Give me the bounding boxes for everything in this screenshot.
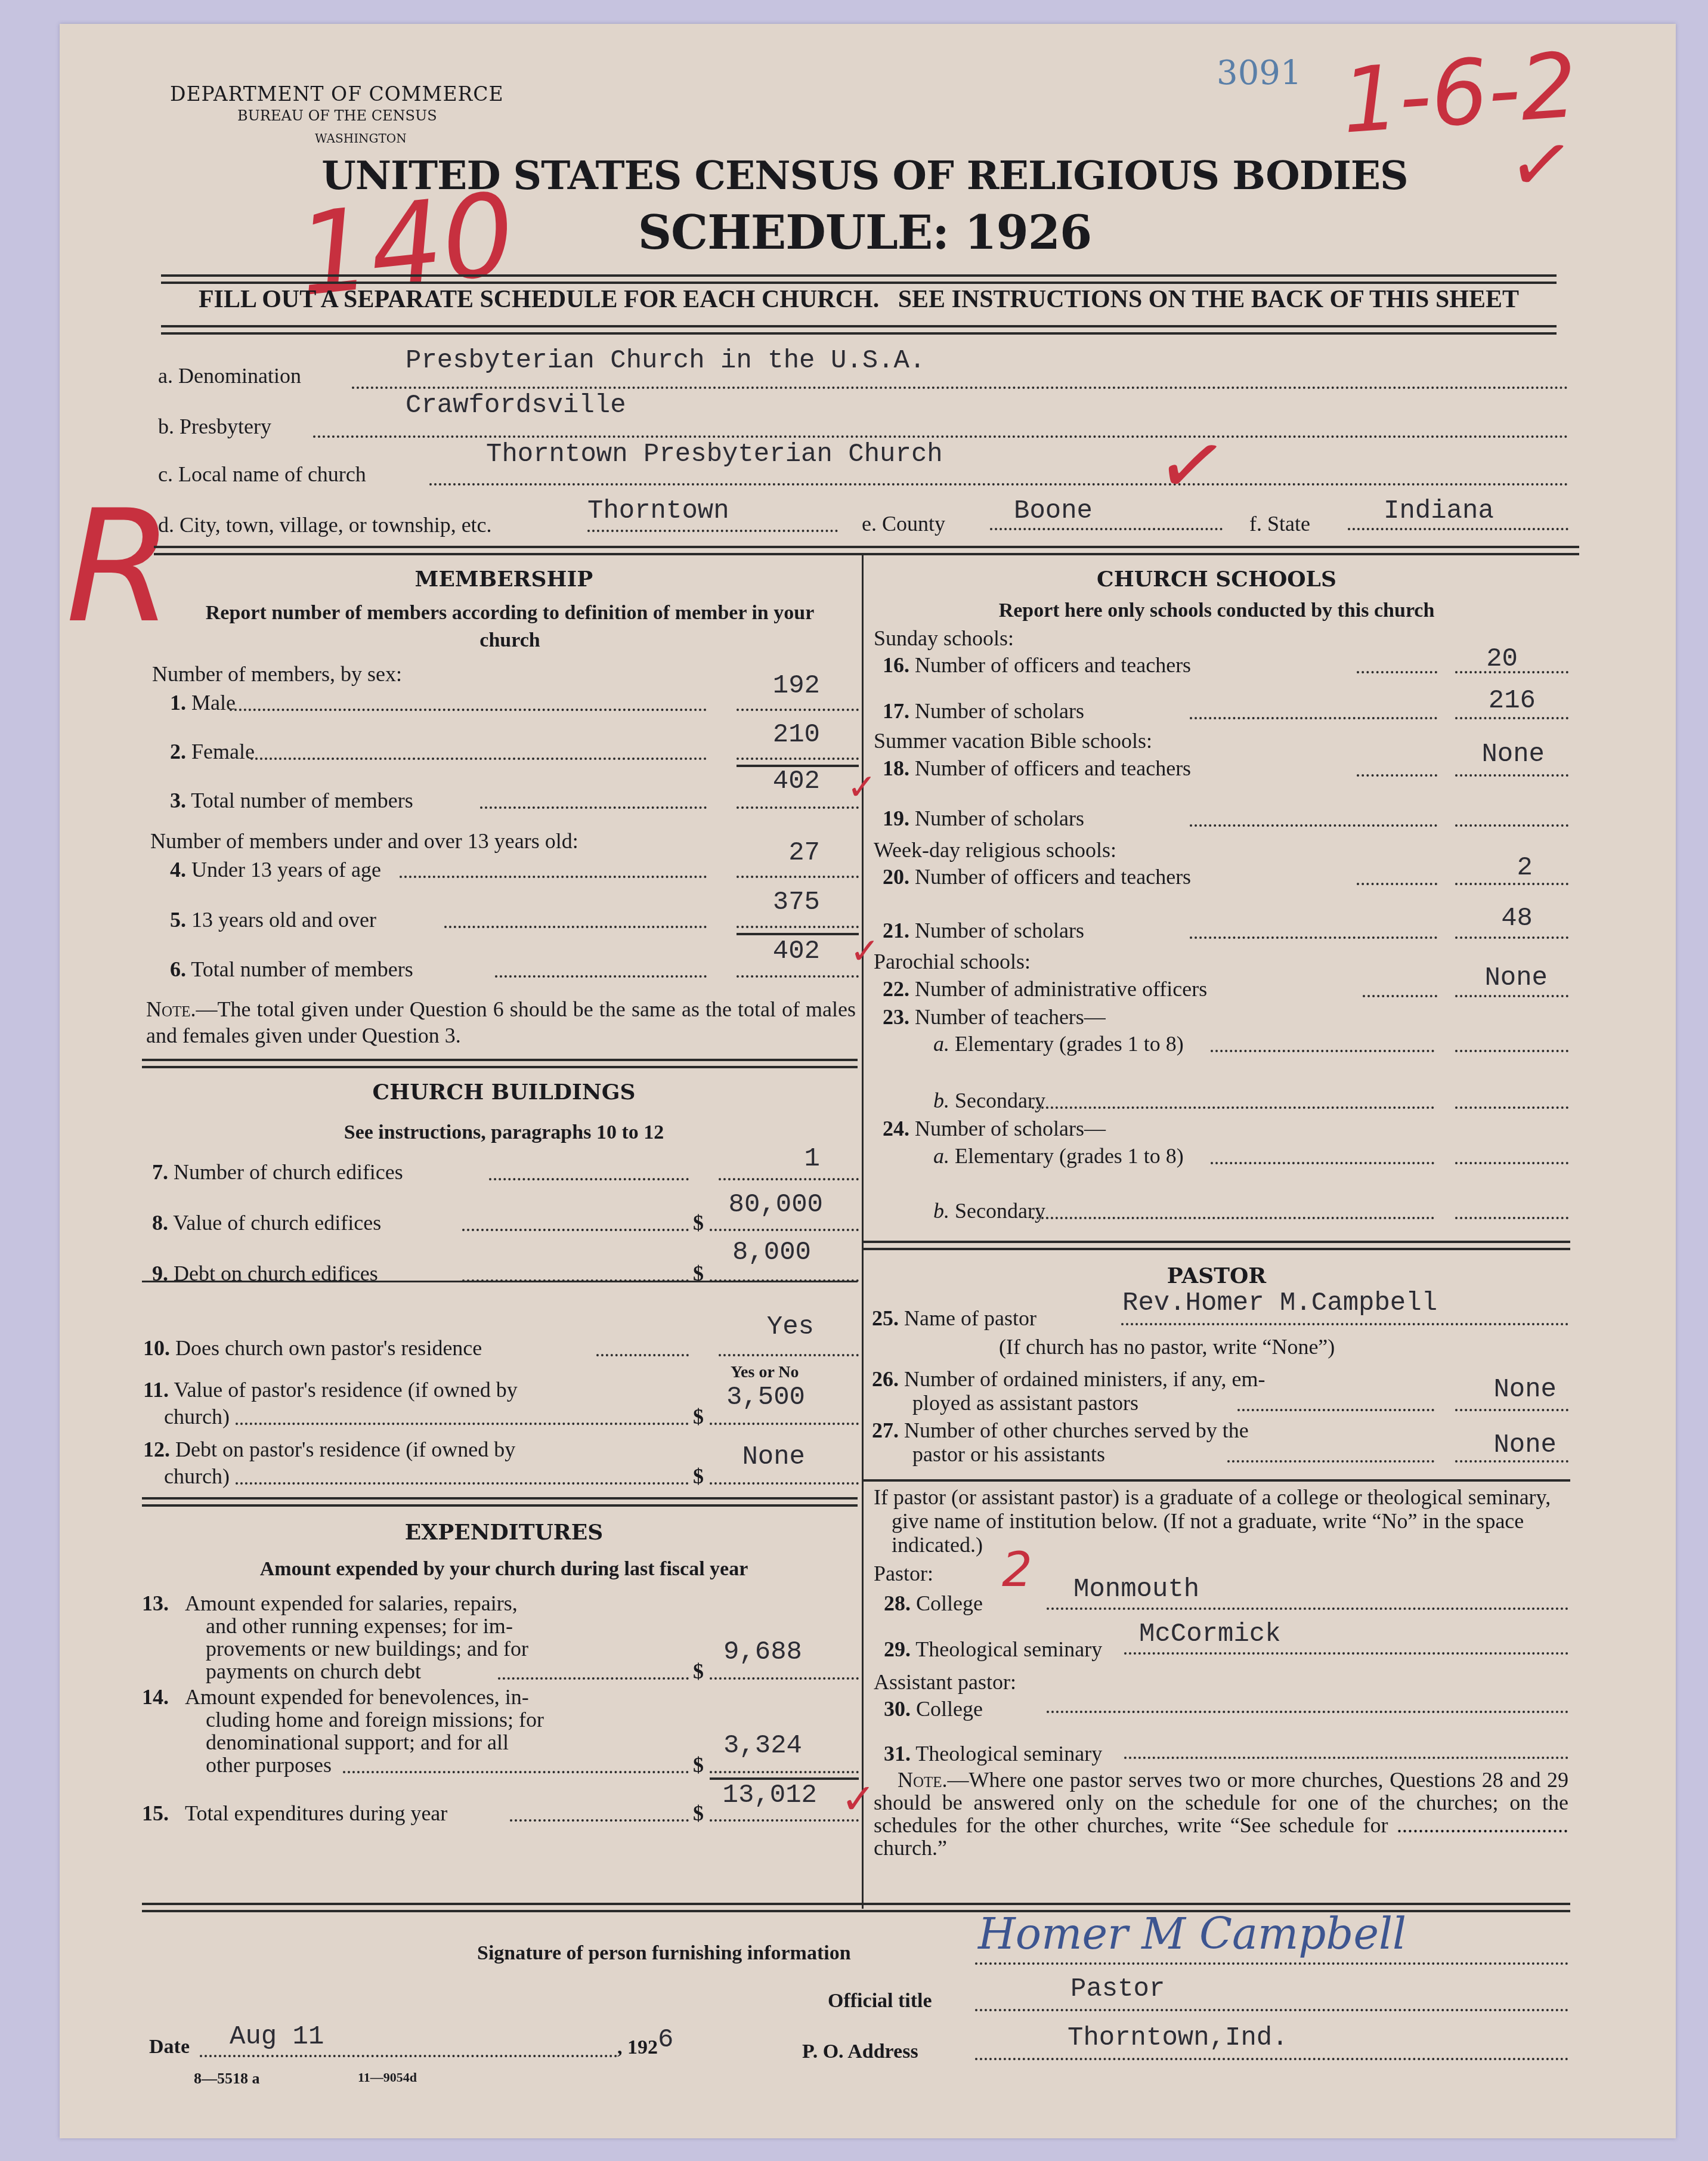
q2-value[interactable]: 210 bbox=[737, 720, 820, 750]
q13-value[interactable]: 9,688 bbox=[710, 1637, 802, 1667]
q14-leader bbox=[343, 1771, 689, 1773]
schools-divider bbox=[864, 1241, 1570, 1250]
q30-line bbox=[1047, 1711, 1568, 1713]
q5-sum-rule bbox=[737, 933, 859, 935]
q17-line bbox=[1455, 717, 1568, 719]
q13-line-2: and other running expenses; for im- bbox=[206, 1614, 513, 1638]
q24b-line bbox=[1455, 1217, 1568, 1219]
stamp-number: 3091 bbox=[1217, 54, 1302, 92]
print-code: 11—9054d bbox=[358, 2070, 417, 2085]
county-label: e. County bbox=[862, 512, 945, 536]
q21-value[interactable]: 48 bbox=[1455, 904, 1533, 933]
q7-num: 7. bbox=[152, 1160, 168, 1184]
q23b-line bbox=[1455, 1106, 1568, 1109]
column-divider bbox=[862, 555, 864, 1909]
q18-line bbox=[1455, 774, 1568, 777]
q20-value[interactable]: 2 bbox=[1455, 853, 1533, 883]
q21-leader bbox=[1190, 936, 1437, 939]
q27-label-2: pastor or his assistants bbox=[912, 1442, 1105, 1466]
q5-line bbox=[737, 926, 859, 928]
q8-num: 8. bbox=[152, 1211, 168, 1235]
membership-divider bbox=[142, 1059, 858, 1068]
q12-num: 12. bbox=[143, 1437, 170, 1461]
year-prefix: , 192 bbox=[617, 2036, 658, 2058]
bureau-label: BUREAU OF THE CENSUS bbox=[237, 107, 437, 124]
q10-label: Does church own pastor's residence bbox=[175, 1336, 482, 1360]
q10-hint: Yes or No bbox=[731, 1363, 799, 1382]
q22-num: 22. bbox=[883, 977, 909, 1001]
q3-num: 3. bbox=[170, 789, 186, 812]
q30-label: College bbox=[916, 1697, 983, 1721]
q7-value[interactable]: 1 bbox=[719, 1144, 820, 1174]
q24-num: 24. bbox=[883, 1117, 909, 1140]
by-sex-label: Number of members, by sex: bbox=[152, 662, 402, 686]
q2-leader bbox=[250, 758, 707, 760]
q18-label: Number of officers and teachers bbox=[915, 756, 1191, 780]
pastor-divider bbox=[864, 1479, 1570, 1482]
q31-line bbox=[1124, 1757, 1568, 1759]
q28-num: 28. bbox=[884, 1591, 911, 1615]
q13-line-3: provements or new buildings; and for bbox=[206, 1637, 528, 1661]
q26-num: 26. bbox=[872, 1367, 899, 1391]
local-name-line bbox=[429, 483, 1568, 486]
presbytery-line bbox=[313, 435, 1568, 438]
summer-schools-label: Summer vacation Bible schools: bbox=[874, 729, 1152, 753]
schools-subheading: Report here only schools conducted by th… bbox=[865, 599, 1568, 622]
q1-num: 1. bbox=[170, 691, 186, 715]
q11-value[interactable]: 3,500 bbox=[710, 1383, 805, 1412]
city-line bbox=[587, 530, 838, 532]
membership-note-prefix: Note. bbox=[146, 997, 196, 1021]
q8-dollar: $ bbox=[693, 1211, 704, 1235]
q12-line bbox=[710, 1482, 859, 1485]
q10-line bbox=[719, 1354, 859, 1356]
q1-value[interactable]: 192 bbox=[737, 671, 820, 701]
q23b-label: Secondary bbox=[955, 1089, 1045, 1112]
q12-dollar: $ bbox=[693, 1464, 704, 1488]
q29-label: Theological seminary bbox=[915, 1637, 1102, 1661]
county-line bbox=[990, 528, 1223, 530]
membership-subheading: Report number of members according to de… bbox=[197, 599, 823, 654]
state-value[interactable]: Indiana bbox=[1384, 496, 1494, 526]
q3-line bbox=[737, 806, 859, 809]
q8-value[interactable]: 80,000 bbox=[710, 1190, 823, 1220]
q2-line bbox=[737, 758, 859, 760]
q2-num: 2. bbox=[170, 740, 186, 763]
q21-line bbox=[1455, 936, 1568, 939]
q14-sum-rule bbox=[710, 1777, 859, 1780]
q11-line bbox=[710, 1423, 859, 1425]
county-value[interactable]: Boone bbox=[1014, 496, 1093, 526]
q17-label: Number of scholars bbox=[915, 699, 1084, 723]
expenditures-heading: EXPENDITURES bbox=[149, 1520, 859, 1545]
q24b-letter: b. bbox=[933, 1199, 949, 1223]
q15-num: 15. bbox=[142, 1801, 169, 1825]
q19-num: 19. bbox=[883, 806, 909, 830]
q12-leader bbox=[236, 1482, 689, 1485]
q18-value[interactable]: None bbox=[1455, 740, 1545, 769]
assistant-education-label: Assistant pastor: bbox=[874, 1670, 1016, 1694]
q28-label: College bbox=[916, 1591, 983, 1615]
q20-leader bbox=[1357, 883, 1437, 885]
red-check-q3: ✓ bbox=[847, 766, 877, 808]
official-title-line bbox=[975, 2009, 1568, 2011]
membership-note: Note.—The total given under Question 6 s… bbox=[146, 996, 856, 1049]
q11-label-2: church) bbox=[164, 1405, 230, 1429]
q24a-label: Elementary (grades 1 to 8) bbox=[955, 1144, 1184, 1168]
q12-value[interactable]: None bbox=[710, 1442, 805, 1472]
pastor-note-text: —Where one pastor serves two or more chu… bbox=[874, 1768, 1568, 1860]
q24a-leader bbox=[1211, 1162, 1434, 1164]
q13-leader bbox=[498, 1677, 689, 1680]
year-suffix[interactable]: 6 bbox=[658, 2025, 673, 2055]
q31-num: 31. bbox=[884, 1742, 911, 1766]
state-line bbox=[1348, 528, 1568, 530]
q14-value[interactable]: 3,324 bbox=[710, 1731, 802, 1761]
red-check-q15: ✓ bbox=[841, 1774, 876, 1823]
q26-leader bbox=[1237, 1409, 1434, 1411]
q8-label: Value of church edifices bbox=[173, 1211, 381, 1235]
q10-num: 10. bbox=[143, 1336, 170, 1360]
pastor-heading: PASTOR bbox=[865, 1263, 1568, 1288]
q20-line bbox=[1455, 883, 1568, 885]
q25-value[interactable]: Rev.Homer M.Campbell bbox=[1122, 1288, 1437, 1318]
weekday-schools-label: Week-day religious schools: bbox=[874, 838, 1116, 862]
q5-label: 13 years old and over bbox=[191, 908, 376, 932]
q24-label: Number of scholars— bbox=[915, 1117, 1106, 1140]
pastor-note-prefix: Note. bbox=[898, 1768, 948, 1792]
q15-line-1: Total expenditures during year bbox=[185, 1801, 447, 1825]
po-address-label: P. O. Address bbox=[802, 2040, 918, 2064]
q13-num: 13. bbox=[142, 1591, 169, 1615]
q15-dollar: $ bbox=[693, 1801, 704, 1825]
q14-value-line bbox=[710, 1771, 859, 1773]
q20-num: 20. bbox=[883, 865, 909, 889]
q22-leader bbox=[1363, 995, 1437, 997]
membership-note-text: —The total given under Question 6 should… bbox=[146, 997, 856, 1047]
q22-value[interactable]: None bbox=[1455, 963, 1548, 993]
po-address-value[interactable]: Thorntown,Ind. bbox=[1067, 2023, 1288, 2053]
official-title-label: Official title bbox=[828, 1989, 932, 2013]
q8-leader bbox=[462, 1229, 689, 1231]
parochial-schools-label: Parochial schools: bbox=[874, 950, 1031, 973]
q23a-line bbox=[1455, 1050, 1568, 1052]
q1-label: Male bbox=[191, 691, 236, 715]
q11-leader bbox=[236, 1423, 689, 1425]
form-number: 8—5518 a bbox=[194, 2070, 260, 2088]
presbytery-label: b. Presbytery bbox=[158, 415, 271, 438]
q23-label: Number of teachers— bbox=[915, 1005, 1106, 1029]
q24b-leader bbox=[1032, 1217, 1434, 1219]
local-name-label: c. Local name of church bbox=[158, 462, 366, 486]
q2-label: Female bbox=[191, 740, 255, 763]
q1-leader bbox=[230, 709, 707, 711]
pastor-education-label: Pastor: bbox=[874, 1562, 933, 1585]
q16-label: Number of officers and teachers bbox=[915, 653, 1191, 677]
q25-label: Name of pastor bbox=[904, 1306, 1036, 1330]
year-label: , 1926 bbox=[617, 2035, 673, 2060]
q29-line bbox=[1124, 1652, 1568, 1655]
state-label: f. State bbox=[1249, 512, 1310, 536]
q4-value[interactable]: 27 bbox=[737, 838, 820, 868]
q14-line-1: Amount expended for benevolences, in- bbox=[185, 1685, 529, 1709]
signature-line bbox=[975, 1962, 1568, 1965]
q28-value[interactable]: Monmouth bbox=[1073, 1575, 1199, 1604]
red-annotation-pastor: 2 bbox=[1002, 1542, 1032, 1597]
q22-line bbox=[1455, 995, 1568, 997]
q5-num: 5. bbox=[170, 908, 186, 932]
signature-label: Signature of person furnishing informati… bbox=[477, 1942, 851, 1965]
buildings-divider bbox=[142, 1281, 858, 1282]
q3-value[interactable]: 402 bbox=[737, 766, 820, 796]
identification-divider bbox=[154, 546, 1579, 555]
buildings-heading: CHURCH BUILDINGS bbox=[149, 1080, 859, 1105]
q17-leader bbox=[1190, 717, 1437, 719]
q21-label: Number of scholars bbox=[915, 919, 1084, 942]
q6-line bbox=[737, 975, 859, 978]
q23a-letter: a. bbox=[933, 1032, 949, 1056]
q6-num: 6. bbox=[170, 957, 186, 981]
q7-label: Number of church edifices bbox=[174, 1160, 403, 1184]
q21-num: 21. bbox=[883, 919, 909, 942]
date-line bbox=[200, 2055, 617, 2057]
q8-line bbox=[710, 1229, 859, 1231]
q27-line bbox=[1455, 1460, 1568, 1463]
q6-value[interactable]: 402 bbox=[737, 936, 820, 966]
q29-num: 29. bbox=[884, 1637, 911, 1661]
signature-value[interactable]: Homer M Campbell bbox=[978, 1909, 1406, 1959]
q14-num: 14. bbox=[142, 1685, 169, 1709]
q24b-label: Secondary bbox=[955, 1199, 1045, 1223]
q7-leader bbox=[489, 1178, 689, 1180]
q20-label: Number of officers and teachers bbox=[915, 865, 1191, 889]
q7-line bbox=[719, 1178, 859, 1180]
q27-leader bbox=[1227, 1460, 1434, 1463]
q4-label: Under 13 years of age bbox=[191, 858, 381, 882]
q26-label-2: ployed as assistant pastors bbox=[912, 1391, 1138, 1415]
q27-label: Number of other churches served by the bbox=[904, 1418, 1249, 1442]
q27-num: 27. bbox=[872, 1418, 899, 1442]
q19-leader bbox=[1190, 824, 1437, 827]
q16-value[interactable]: 20 bbox=[1455, 644, 1518, 674]
q9-value[interactable]: 8,000 bbox=[710, 1238, 811, 1267]
q24a-line bbox=[1455, 1162, 1568, 1164]
q1-line bbox=[737, 709, 859, 711]
q19-line bbox=[1455, 824, 1568, 827]
q14-line-4: other purposes bbox=[206, 1753, 332, 1777]
city-label: d. City, town, village, or township, etc… bbox=[158, 513, 492, 537]
q31-label: Theological seminary bbox=[915, 1742, 1102, 1766]
q24a-letter: a. bbox=[933, 1144, 949, 1168]
banner-divider bbox=[161, 325, 1557, 335]
q23b-letter: b. bbox=[933, 1089, 949, 1112]
expenditures-subheading: Amount expended by your church during la… bbox=[149, 1558, 859, 1581]
buildings-bottom-divider bbox=[142, 1497, 858, 1507]
header-divider bbox=[161, 274, 1557, 284]
date-value[interactable]: Aug 11 bbox=[230, 2022, 324, 2052]
q4-leader bbox=[400, 876, 707, 878]
q11-label: Value of pastor's residence (if owned by bbox=[174, 1378, 517, 1402]
instruction-banner: FILL OUT A SEPARATE SCHEDULE FOR EACH CH… bbox=[161, 285, 1557, 314]
q27-value[interactable]: None bbox=[1455, 1430, 1557, 1460]
q23b-leader bbox=[1032, 1106, 1434, 1109]
by-age-label: Number of members under and over 13 year… bbox=[150, 829, 578, 853]
q26-value[interactable]: None bbox=[1455, 1375, 1557, 1405]
q16-num: 16. bbox=[883, 653, 909, 677]
city-value[interactable]: Thorntown bbox=[587, 496, 729, 526]
q28-line bbox=[1047, 1607, 1568, 1610]
q4-line bbox=[737, 876, 859, 878]
sunday-schools-label: Sunday schools: bbox=[874, 626, 1014, 650]
q11-num: 11. bbox=[143, 1378, 169, 1402]
q14-dollar: $ bbox=[693, 1753, 704, 1777]
q30-num: 30. bbox=[884, 1697, 911, 1721]
q23a-label: Elementary (grades 1 to 8) bbox=[955, 1032, 1184, 1056]
local-name-value[interactable]: Thorntown Presbyterian Church bbox=[486, 440, 943, 469]
official-title-value[interactable]: Pastor bbox=[1070, 1974, 1165, 2004]
q26-label: Number of ordained ministers, if any, em… bbox=[904, 1367, 1265, 1391]
q13-dollar: $ bbox=[693, 1659, 704, 1683]
q11-dollar: $ bbox=[693, 1405, 704, 1429]
q23-num: 23. bbox=[883, 1005, 909, 1029]
q26-line bbox=[1455, 1409, 1568, 1411]
q25-hint: (If church has no pastor, write “None”) bbox=[999, 1335, 1335, 1359]
denomination-line bbox=[352, 387, 1568, 389]
schools-heading: CHURCH SCHOOLS bbox=[865, 567, 1568, 592]
presbytery-value[interactable]: Crawfordsville bbox=[406, 391, 626, 421]
q25-line bbox=[1121, 1323, 1568, 1325]
q6-leader bbox=[495, 975, 707, 978]
q19-label: Number of scholars bbox=[915, 806, 1084, 830]
q23a-leader bbox=[1211, 1050, 1434, 1052]
q12-label-2: church) bbox=[164, 1464, 230, 1488]
date-label: Date bbox=[149, 2035, 190, 2059]
q18-num: 18. bbox=[883, 756, 909, 780]
q10-value[interactable]: Yes bbox=[719, 1312, 814, 1342]
q13-line-1: Amount expended for salaries, repairs, bbox=[185, 1591, 518, 1615]
q15-value[interactable]: 13,012 bbox=[710, 1780, 817, 1810]
q17-value[interactable]: 216 bbox=[1455, 686, 1536, 716]
denomination-value[interactable]: Presbyterian Church in the U.S.A. bbox=[406, 346, 925, 376]
q22-label: Number of administrative officers bbox=[915, 977, 1207, 1001]
po-address-line bbox=[975, 2058, 1568, 2060]
q3-label: Total number of members bbox=[191, 789, 413, 812]
q5-value[interactable]: 375 bbox=[737, 888, 820, 917]
q16-leader bbox=[1357, 671, 1437, 673]
department-label: DEPARTMENT OF COMMERCE bbox=[170, 82, 504, 106]
q5-leader bbox=[444, 926, 707, 928]
pastor-note: Note.—Where one pastor serves two or mor… bbox=[874, 1769, 1568, 1859]
denomination-label: a. Denomination bbox=[158, 364, 301, 388]
q25-num: 25. bbox=[872, 1306, 899, 1330]
membership-heading: MEMBERSHIP bbox=[149, 567, 859, 592]
washington-label: WASHINGTON bbox=[315, 131, 407, 146]
buildings-subheading: See instructions, paragraphs 10 to 12 bbox=[149, 1121, 859, 1144]
q18-leader bbox=[1357, 774, 1437, 777]
q6-label: Total number of members bbox=[191, 957, 413, 981]
q14-line-3: denominational support; and for all bbox=[206, 1730, 509, 1754]
q15-leader bbox=[510, 1819, 689, 1822]
graduate-instructions: If pastor (or assistant pastor) is a gra… bbox=[874, 1485, 1586, 1557]
q3-leader bbox=[480, 806, 707, 809]
q12-label: Debt on pastor's residence (if owned by bbox=[175, 1437, 515, 1461]
q14-line-2: cluding home and foreign missions; for bbox=[206, 1708, 544, 1732]
red-check-mark: ✓ bbox=[1503, 115, 1580, 214]
q10-leader bbox=[596, 1354, 689, 1356]
q29-value[interactable]: McCormick bbox=[1139, 1619, 1281, 1649]
q4-num: 4. bbox=[170, 858, 186, 882]
q15-value-line bbox=[710, 1819, 859, 1822]
q13-line-4: payments on church debt bbox=[206, 1659, 421, 1683]
q13-value-line bbox=[710, 1677, 859, 1680]
q17-num: 17. bbox=[883, 699, 909, 723]
